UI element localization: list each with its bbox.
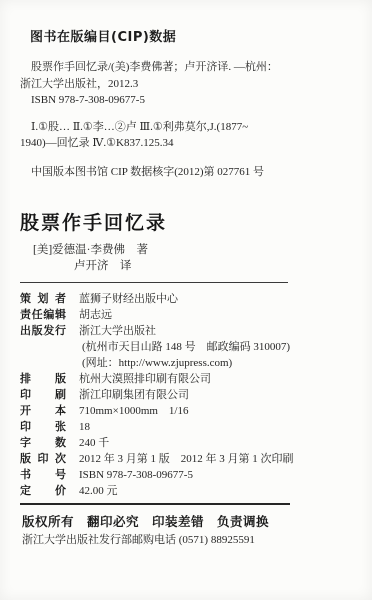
colophon-label: 开 本 [20,403,66,419]
colophon-value: 710mm×1000mm 1/16 [79,403,188,419]
colophon-row-wordcount: 字 数 240 千 [20,435,354,451]
colophon-label: 版 印 次 [20,451,66,467]
colophon-value: 蓝狮子财经出版中心 [79,291,178,307]
colophon-table: 策 划 者 蓝狮子财经出版中心 责任编辑 胡志远 出版发行 浙江大学出版社 (杭… [20,291,354,499]
colophon-row-format: 开 本 710mm×1000mm 1/16 [20,403,354,419]
colophon-label [20,355,66,371]
colophon-row-typesetting: 排 版 杭州大漠照排印刷有限公司 [20,371,354,387]
colophon-label: 策 划 者 [20,291,66,307]
colophon-value: 42.00 元 [79,483,118,499]
cip-class-line2: 1940)—回忆录 Ⅳ.①K837.125.34 [20,135,354,152]
cip-header: 图书在版编目(CIP)数据 [30,30,354,45]
colophon-label: 出版发行 [20,323,66,339]
colophon-row-sheets: 印 张 18 [20,419,354,435]
cip-record-line1: 股票作手回忆录/(美)李费佛著；卢开济译. —杭州： [20,59,354,76]
colophon-row-editor: 责任编辑 胡志远 [20,307,354,323]
copyright-notice: 版权所有 翻印必究 印装差错 负责调换 [20,514,354,530]
colophon-value: (杭州市天目山路 148 号 邮政编码 310007) [79,339,290,355]
cip-isbn-line: ISBN 978-7-308-09677-5 [20,92,354,109]
colophon-value: 2012 年 3 月第 1 版 2012 年 3 月第 1 次印刷 [79,451,294,467]
colophon-value: (网址：http://www.zjupress.com) [79,355,232,371]
translator-line: 卢开济 译 [20,258,354,274]
colophon-value: 胡志远 [79,307,112,323]
colophon-value: 240 千 [79,435,109,451]
colophon-value: 18 [79,419,90,435]
colophon-label: 字 数 [20,435,66,451]
copyright-page: 图书在版编目(CIP)数据 股票作手回忆录/(美)李费佛著；卢开济译. —杭州：… [0,0,372,600]
mail-order-phone: 浙江大学出版社发行部邮购电话 (0571) 88925591 [20,533,354,548]
cip-classification-block: Ⅰ.①股… Ⅱ.①李…②卢 Ⅲ.①利弗莫尔,J.(1877~ 1940)—回忆录… [20,119,354,152]
divider-rule-top [20,282,288,283]
colophon-label [20,339,66,355]
colophon-label: 印 张 [20,419,66,435]
cip-record-block: 股票作手回忆录/(美)李费佛著；卢开济译. —杭州： 浙江大学出版社，2012.… [20,59,354,109]
book-title: 股票作手回忆录 [20,210,354,236]
colophon-value: 杭州大漠照排印刷有限公司 [79,371,211,387]
colophon-row-printing: 印 刷 浙江印刷集团有限公司 [20,387,354,403]
colophon-row-publisher-website: (网址：http://www.zjupress.com) [20,355,354,371]
author-line: [美]爱德温·李费佛 著 [20,242,354,258]
cip-registry-line: 中国版本图书馆 CIP 数据核字(2012)第 027761 号 [20,164,354,181]
divider-rule-bottom [20,503,290,505]
colophon-label: 定 价 [20,483,66,499]
cip-class-line1: Ⅰ.①股… Ⅱ.①李…②卢 Ⅲ.①利弗莫尔,J.(1877~ [20,119,354,136]
colophon-row-publisher-address: (杭州市天目山路 148 号 邮政编码 310007) [20,339,354,355]
colophon-value: 浙江印刷集团有限公司 [79,387,189,403]
colophon-row-planner: 策 划 者 蓝狮子财经出版中心 [20,291,354,307]
cip-record-line2: 浙江大学出版社，2012.3 [20,76,354,93]
colophon-label: 责任编辑 [20,307,66,323]
colophon-value: 浙江大学出版社 [79,323,156,339]
colophon-row-price: 定 价 42.00 元 [20,483,354,499]
colophon-value: ISBN 978-7-308-09677-5 [79,467,193,483]
colophon-row-publisher: 出版发行 浙江大学出版社 [20,323,354,339]
colophon-label: 印 刷 [20,387,66,403]
colophon-row-isbn: 书 号 ISBN 978-7-308-09677-5 [20,467,354,483]
colophon-row-edition: 版 印 次 2012 年 3 月第 1 版 2012 年 3 月第 1 次印刷 [20,451,354,467]
colophon-label: 书 号 [20,467,66,483]
colophon-label: 排 版 [20,371,66,387]
